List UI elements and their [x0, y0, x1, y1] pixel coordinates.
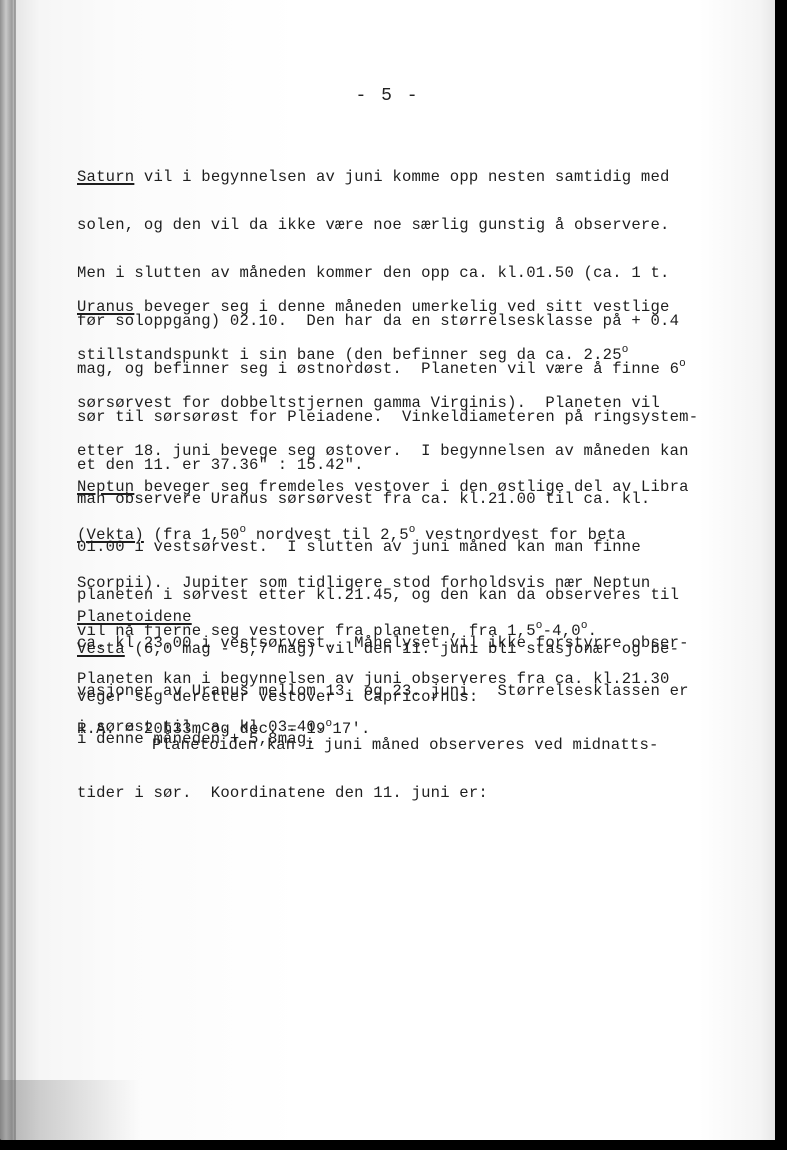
degree-sign: o — [622, 344, 629, 356]
binding-shadow — [14, 0, 16, 1140]
saturn-line: vil i begynnelsen av juni komme opp nest… — [134, 168, 669, 186]
saturn-line: solen, og den vil da ikke være noe særli… — [77, 217, 698, 233]
degree-sign: o — [409, 524, 416, 536]
saturn-title: Saturn — [77, 168, 134, 186]
vesta-coordinates: R.A. = 20h33m og dec. = 19o17'. — [77, 689, 371, 769]
coordinates-text: 17'. — [332, 720, 370, 738]
uranus-title: Uranus — [77, 298, 134, 316]
vesta-title: Vesta — [77, 640, 125, 658]
uranus-line: beveger seg i denne måneden umerkelig ve… — [134, 298, 669, 316]
uranus-line: sørsørvest for dobbeltstjernen gamma Vir… — [77, 395, 689, 411]
vekta-label: (Vekta) — [77, 526, 144, 544]
neptun-line: beveger seg fremdeles vestover i den øst… — [134, 478, 688, 496]
neptun-title: Neptun — [77, 478, 134, 496]
document-page: - 5 - Saturn vil i begynnelsen av juni k… — [0, 0, 775, 1140]
vesta-line: (6,0 mag - 5,7 mag) vil den 11. juni bli… — [125, 640, 679, 658]
vesta-line: tider i sør. Koordinatene den 11. juni e… — [77, 785, 679, 801]
neptun-line: vestnordvest for beta — [416, 526, 626, 544]
page-number: - 5 - — [0, 86, 775, 106]
coordinates-text: R.A. = 20h33m og dec. = 19 — [77, 720, 326, 738]
uranus-line: stillstandspunkt i sin bane (den befinne… — [77, 346, 622, 364]
neptun-line: (fra 1,50 — [144, 526, 240, 544]
neptun-line: nordvest til 2,5 — [246, 526, 408, 544]
